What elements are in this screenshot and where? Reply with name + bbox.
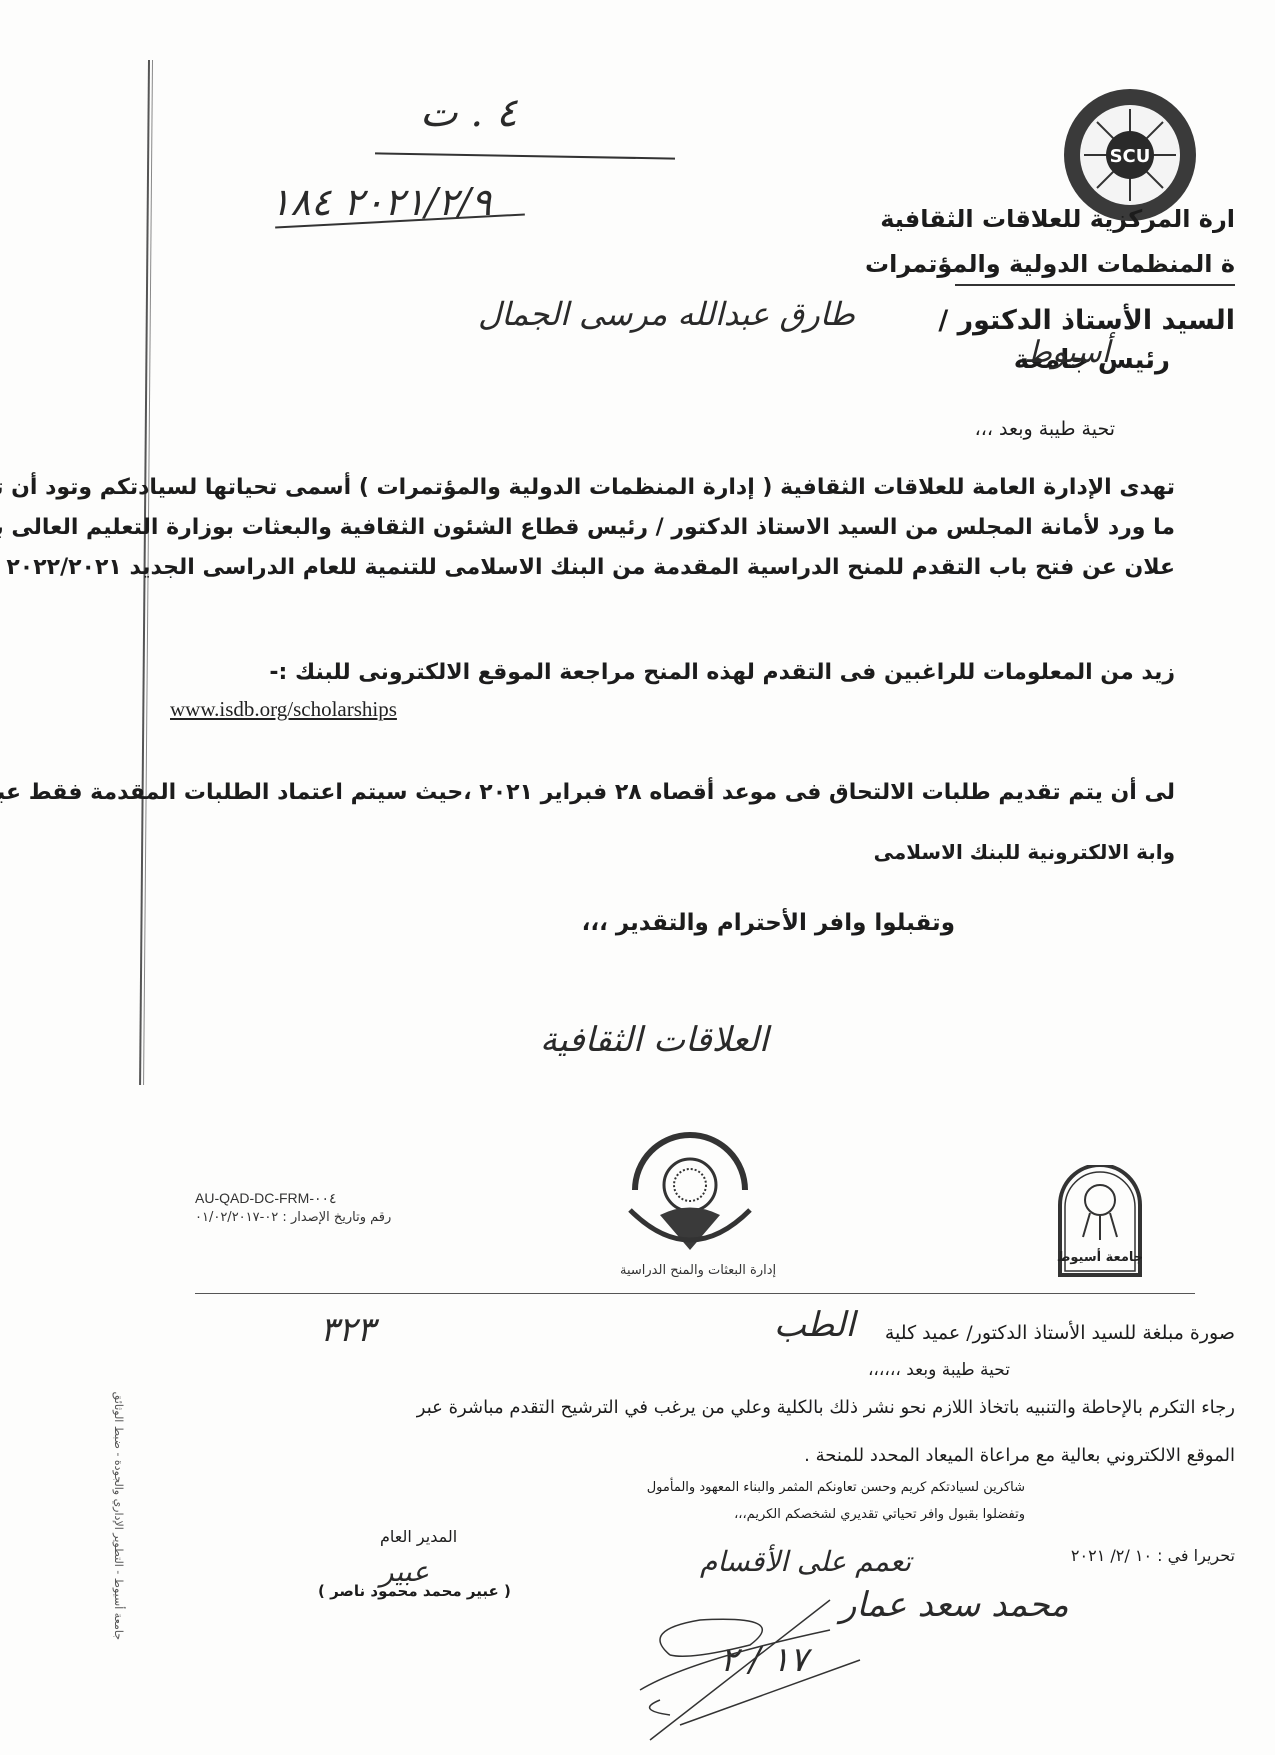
handwritten-underline xyxy=(375,152,675,159)
addressee-name-handwritten: طارق عبدالله مرسى الجمال xyxy=(478,295,855,333)
paragraph1-line2: ما ورد لأمانة المجلس من السيد الاستاذ ال… xyxy=(0,515,1175,540)
general-manager-title: المدير العام xyxy=(380,1527,457,1546)
copy-notice-addressee: صورة مبلغة للسيد الأستاذ الدكتور/ عميد ك… xyxy=(885,1322,1235,1344)
copy-notice-regards: وتفضلوا بقبول وافر تحياتي تقديري لشخصكم … xyxy=(734,1507,1025,1522)
scientific-relations-logo xyxy=(615,1130,765,1280)
greeting: تحية طيبة وبعد ،،، xyxy=(975,418,1115,440)
written-date: تحريرا في : ١٠ /٢/ ٢٠٢١ xyxy=(1071,1546,1235,1565)
faculty-name-handwritten: الطب xyxy=(774,1305,855,1345)
footer-divider xyxy=(195,1293,1195,1294)
department-label: إدارة البعثات والمنح الدراسية xyxy=(620,1263,776,1278)
paragraph3-line1: لى أن يتم تقديم طلبات الالتحاق فى موعد أ… xyxy=(0,780,1175,805)
copy-notice-greeting: تحية طيبة وبعد ،،،،،، xyxy=(868,1360,1010,1380)
paragraph1-line1: تهدى الإدارة العامة للعلاقات الثقافية ( … xyxy=(0,475,1175,500)
paragraph2-line1: زيد من المعلومات للراغبين فى التقدم لهذه… xyxy=(269,660,1175,685)
copy-number-handwritten: ٣٢٣ xyxy=(320,1310,375,1350)
scholarships-url-link[interactable]: www.isdb.org/scholarships xyxy=(170,697,397,722)
paragraph3-line2: وابة الالكترونية للبنك الاسلامى xyxy=(874,840,1175,864)
university-name-handwritten: أسيوط xyxy=(1024,335,1110,370)
signature-handwritten: العلاقات الثقافية xyxy=(540,1020,768,1060)
assiut-university-logo: جامعة أسيوط xyxy=(1055,1165,1145,1280)
paragraph1-line3: علان عن فتح باب التقدم للمنح الدراسية ال… xyxy=(6,555,1175,580)
scu-logo-text: SCU xyxy=(1110,146,1151,167)
scu-logo: SCU xyxy=(1055,85,1205,225)
closing-remark: وتقبلوا وافر الأحترام والتقدير ،،، xyxy=(582,910,955,936)
assiut-logo-text: جامعة أسيوط xyxy=(1057,1248,1143,1265)
copy-notice-paragraph1: رجاء التكرم بالإحاطة والتنبيه باتخاذ الل… xyxy=(417,1397,1235,1418)
form-issue-date: رقم وتاريخ الإصدار : ٠٢-٠١/٠٢/٢٠١٧ xyxy=(195,1210,391,1225)
header-department-line2: ة المنظمات الدولية والمؤتمرات xyxy=(865,250,1235,278)
header-divider xyxy=(955,284,1235,286)
copy-notice-thanks: شاكرين لسيادتكم كريم وحسن تعاونكم المثمر… xyxy=(647,1480,1025,1495)
copy-notice-paragraph2: الموقع الالكتروني بعالية مع مراعاة الميع… xyxy=(804,1445,1235,1466)
form-code: AU-QAD-DC-FRM-٠٠٤ xyxy=(195,1190,337,1207)
addressee-title: السيد الأستاذ الدكتور / xyxy=(938,305,1235,336)
general-manager-name: ( عبير محمد محمود ناصر ) xyxy=(318,1582,511,1600)
handwritten-reference-code: ٤ . ت xyxy=(420,90,517,136)
side-margin-text: جامعة أسيوط - التطوير الإداري والجودة - … xyxy=(112,1340,125,1640)
header-department-line1: ارة المركزية للعلاقات الثقافية xyxy=(880,205,1235,233)
handwritten-scribble xyxy=(630,1560,960,1750)
